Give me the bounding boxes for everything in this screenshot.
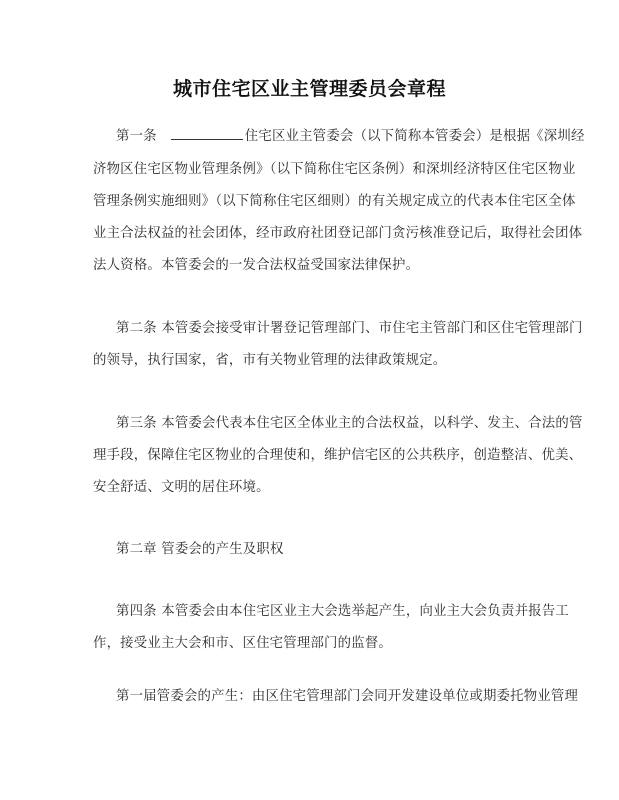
first-committee-paragraph: 第一届管委会的产生：由区住宅管理部门会同开发建设单位或期委托物业管理 [116, 685, 578, 704]
article-2-line-2: 的领导，执行国家，省，市有关物业管理的法律政策规定。 [93, 349, 446, 368]
article-1-line-3: 管理条例实施细则》（以下简称住宅区细则）的有关规定成立的代表本住宅区全体 [93, 190, 576, 209]
article-4-line-1: 第四条 本管委会由本住宅区业主大会选举起产生，向业主大会负责并报告工 [116, 600, 569, 619]
article-1-text: 住宅区业主管委会（以下简称本管委会）是根据《深圳经 [245, 129, 585, 144]
article-3-line-1: 第三条 本管委会代表本住宅区全体业主的合法权益，以科学、发主、合法的管 [116, 412, 583, 431]
article-1-line-2: 济物区住宅区物业管理条例》（以下简称住宅区条例）和深圳经济特区住宅区物业 [93, 158, 576, 177]
article-1-line-4: 业主合法权益的社会团体，经市政府社团登记部门贪污核准登记后，取得社会团体 [93, 222, 582, 241]
article-1-line-1: 第一条住宅区业主管委会（以下简称本管委会）是根据《深圳经 [116, 125, 585, 144]
article-3-line-3: 安全舒适、文明的居住环境。 [93, 476, 270, 495]
chapter-2-heading: 第二章 管委会的产生及职权 [116, 538, 284, 557]
article-3-line-2: 理手段，保障住宅区物业的合理使和，维护信宅区的公共秩序，创造整洁、优美、 [93, 444, 582, 463]
document-title: 城市住宅区业主管理委员会章程 [0, 74, 619, 101]
article-1-label: 第一条 [116, 129, 157, 144]
article-4-line-2: 作，接受业主大会和市、区住宅管理部门的监督。 [93, 632, 392, 651]
article-1-line-5: 法人资格。本管委会的一发合法权益受国家法律保护。 [93, 254, 419, 273]
fill-in-blank [171, 127, 243, 140]
article-2-line-1: 第二条 本管委会接受审计署登记管理部门、市住宅主管部门和区住宅管理部门 [116, 317, 583, 336]
